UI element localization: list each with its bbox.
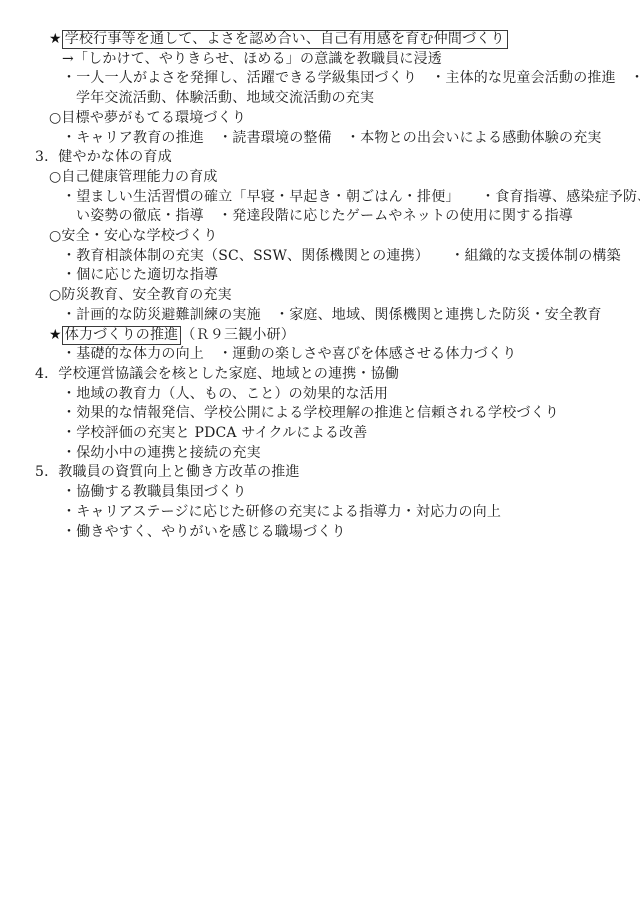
doc-line: ・計画的な防災避難訓練の実施 ・家庭、地域、関係機関と連携した防災・安全教育 [35, 306, 620, 326]
text-segment: ・効果的な情報発信、学校公開による学校理解の推進と信頼される学校づくり [62, 405, 559, 421]
document-page: ★学校行事等を通して、よさを認め合い、自己有用感を育む仲間づくり→「しかけて、や… [0, 0, 640, 905]
doc-line: ○目標や夢がもてる環境づくり [35, 109, 620, 129]
text-segment: ・基礎的な体力の向上 ・運動の楽しさや喜びを体感させる体力づくり [62, 346, 516, 362]
text-segment: 4．学校運営協議会を核とした家庭、地域との連携・協働 [35, 366, 399, 382]
doc-line: ・キャリア教育の推進 ・読書環境の整備 ・本物との出会いによる感動体験の充実 [35, 129, 620, 149]
doc-line: 5．教職員の資質向上と働き方改革の推進 [35, 463, 620, 483]
doc-line: ・保幼小中の連携と接続の充実 [35, 444, 620, 464]
text-segment: ○安全・安心な学校づくり [49, 228, 218, 244]
text-segment: ・学校評価の充実と PDCA サイクルによる改善 [62, 425, 368, 441]
text-segment: ・個に応じた適切な指導 [62, 267, 218, 283]
text-segment: ○防災教育、安全教育の充実 [49, 287, 232, 303]
text-segment: 学年交流活動、体験活動、地域交流活動の充実 [76, 90, 374, 106]
text-segment: 5．教職員の資質向上と働き方改革の推進 [35, 464, 300, 480]
text-segment: ・保幼小中の連携と接続の充実 [62, 445, 261, 461]
text-segment: ・働きやすく、やりがいを感じる職場づくり [62, 524, 346, 540]
boxed-highlight-text: 学校行事等を通して、よさを認め合い、自己有用感を育む仲間づくり [62, 30, 508, 49]
doc-line: い姿勢の徹底・指導 ・発達段階に応じたゲームやネットの使用に関する指導 [35, 207, 620, 227]
doc-line: 4．学校運営協議会を核とした家庭、地域との連携・協働 [35, 365, 620, 385]
text-segment: ・一人一人がよさを発揮し、活躍できる学級集団づくり ・主体的な児童会活動の推進 … [62, 70, 640, 86]
doc-line: ・基礎的な体力の向上 ・運動の楽しさや喜びを体感させる体力づくり [35, 345, 620, 365]
text-segment: ・キャリア教育の推進 ・読書環境の整備 ・本物との出会いによる感動体験の充実 [62, 130, 602, 146]
text-segment: （Ｒ９三観小研） [181, 327, 295, 343]
doc-line: ★体力づくりの推進（Ｒ９三観小研） [35, 326, 620, 346]
doc-line: ・一人一人がよさを発揮し、活躍できる学級集団づくり ・主体的な児童会活動の推進 … [35, 69, 620, 89]
text-segment: ・協働する教職員集団づくり [62, 484, 247, 500]
doc-line: 学年交流活動、体験活動、地域交流活動の充実 [35, 89, 620, 109]
text-segment: ・計画的な防災避難訓練の実施 ・家庭、地域、関係機関と連携した防災・安全教育 [62, 307, 602, 323]
doc-line: ・地域の教育力（人、もの、こと）の効果的な活用 [35, 385, 620, 405]
doc-line: →「しかけて、やりきらせ、ほめる」の意識を教職員に浸透 [35, 50, 620, 70]
doc-line: ・個に応じた適切な指導 [35, 266, 620, 286]
doc-line: ・協働する教職員集団づくり [35, 483, 620, 503]
document-body: ★学校行事等を通して、よさを認め合い、自己有用感を育む仲間づくり→「しかけて、や… [35, 30, 620, 542]
doc-line: ・教育相談体制の充実（SC、SSW、関係機関との連携） ・組織的な支援体制の構築 [35, 247, 620, 267]
text-segment: 3．健やかな体の育成 [35, 149, 172, 165]
doc-line: ○安全・安心な学校づくり [35, 227, 620, 247]
doc-line: ★学校行事等を通して、よさを認め合い、自己有用感を育む仲間づくり [35, 30, 620, 50]
doc-line: ・効果的な情報発信、学校公開による学校理解の推進と信頼される学校づくり [35, 404, 620, 424]
text-segment: ・望ましい生活習慣の確立「早寝・早起き・朝ごはん・排便」 ・食育指導、感染症予防… [62, 189, 640, 205]
text-segment: ・教育相談体制の充実（SC、SSW、関係機関との連携） ・組織的な支援体制の構築 [62, 248, 621, 264]
star-marker-icon: ★ [49, 327, 62, 343]
text-segment: ・地域の教育力（人、もの、こと）の効果的な活用 [62, 386, 388, 402]
text-segment: い姿勢の徹底・指導 ・発達段階に応じたゲームやネットの使用に関する指導 [76, 208, 573, 224]
doc-line: ・働きやすく、やりがいを感じる職場づくり [35, 523, 620, 543]
text-segment: →「しかけて、やりきらせ、ほめる」の意識を教職員に浸透 [62, 51, 442, 67]
boxed-highlight-text: 体力づくりの推進 [62, 326, 182, 345]
text-segment: ○目標や夢がもてる環境づくり [49, 110, 246, 126]
doc-line: ・学校評価の充実と PDCA サイクルによる改善 [35, 424, 620, 444]
doc-line: ○防災教育、安全教育の充実 [35, 286, 620, 306]
doc-line: ・キャリアステージに応じた研修の充実による指導力・対応力の向上 [35, 503, 620, 523]
doc-line: 3．健やかな体の育成 [35, 148, 620, 168]
text-segment: ・キャリアステージに応じた研修の充実による指導力・対応力の向上 [62, 504, 501, 520]
text-segment: ○自己健康管理能力の育成 [49, 169, 218, 185]
doc-line: ○自己健康管理能力の育成 [35, 168, 620, 188]
star-marker-icon: ★ [49, 31, 62, 47]
doc-line: ・望ましい生活習慣の確立「早寝・早起き・朝ごはん・排便」 ・食育指導、感染症予防… [35, 188, 620, 208]
